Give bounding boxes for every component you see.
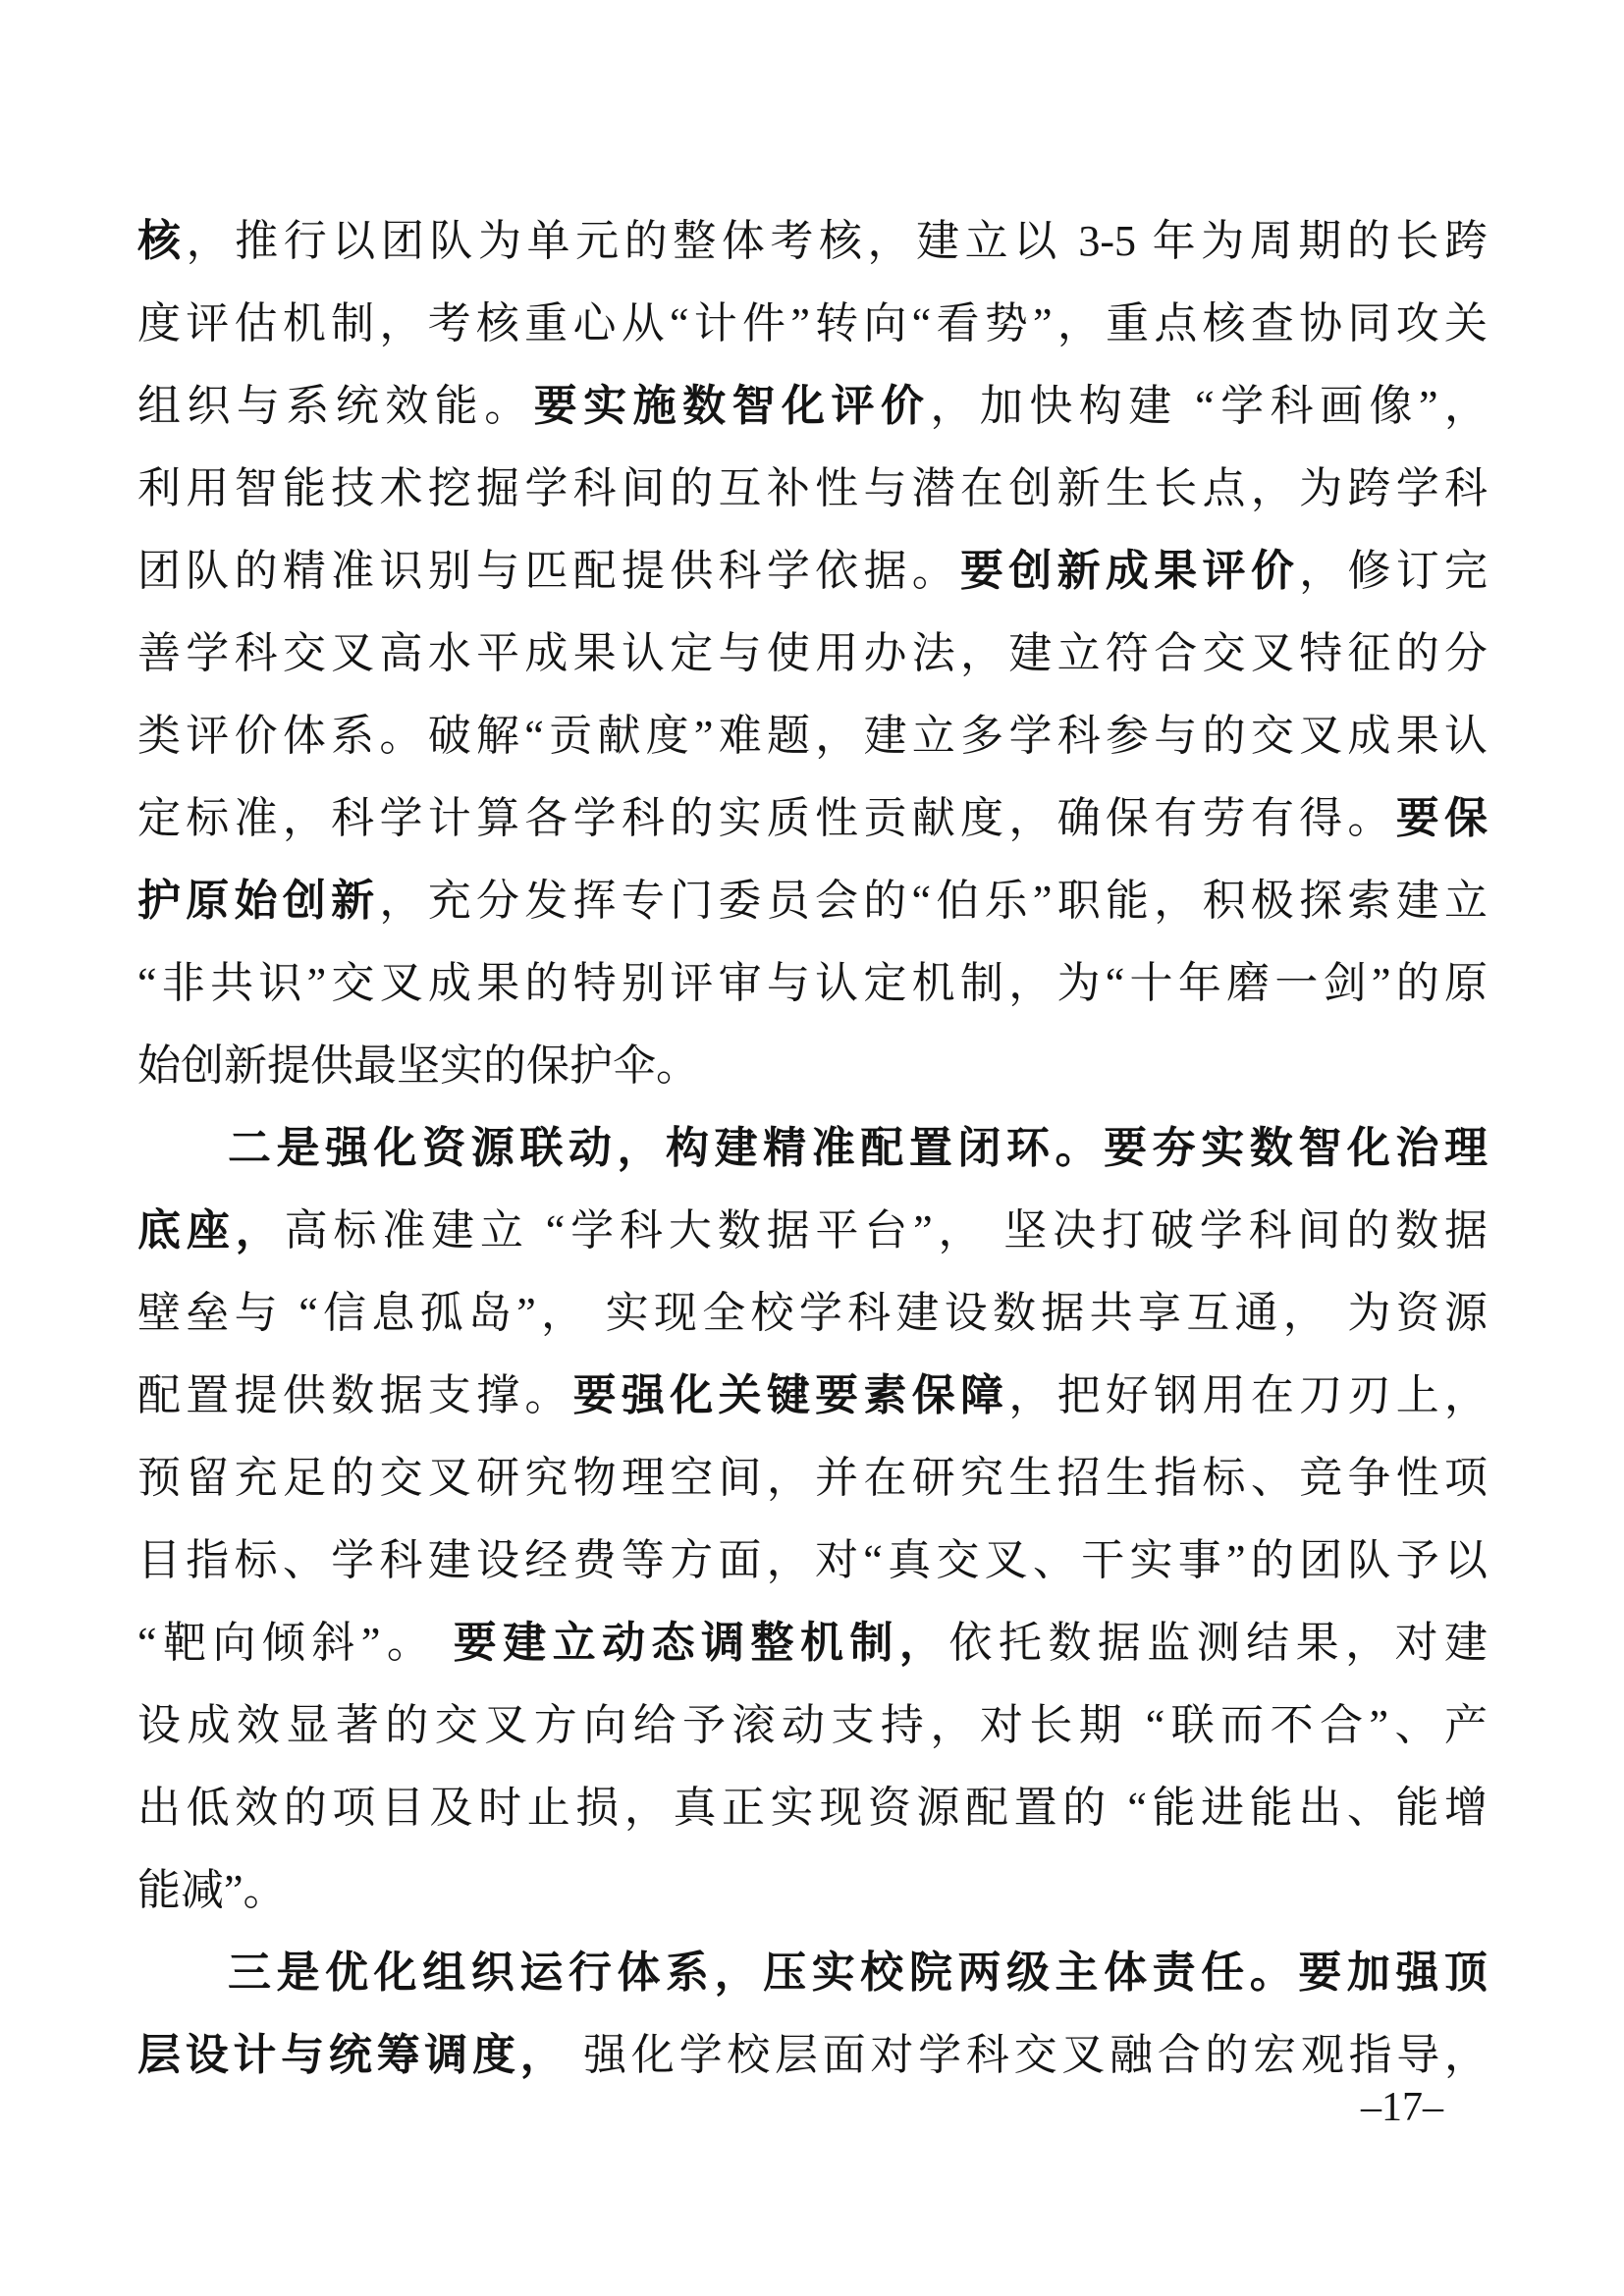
bold-text-segment: 要创新成果评价 bbox=[960, 547, 1299, 595]
text-segment: 类评价体系。破解“贡献度”难题，建立多学科参与的交叉成果认 bbox=[137, 712, 1488, 760]
bold-text-segment: 要建立动态调整机制， bbox=[454, 1619, 949, 1667]
text-segment: 壁垒与 “信息孤岛”， 实现全校学科建设数据共享互通， 为资源 bbox=[137, 1289, 1488, 1337]
text-segment: 利用智能技术挖掘学科间的互补性与潜在创新生长点，为跨学科 bbox=[137, 464, 1488, 512]
text-segment: ，加快构建 “学科画像”， bbox=[930, 382, 1488, 430]
text-line: 底座，高标准建立 “学科大数据平台”， 坚决打破学科间的数据 bbox=[137, 1190, 1488, 1272]
bold-text-segment: 护原始创新 bbox=[137, 877, 379, 925]
bold-text-segment: 三是优化组织运行体系，压实校院两级主体责任。要加强顶 bbox=[228, 1949, 1488, 1997]
paragraph-3: 三是优化组织运行体系，压实校院两级主体责任。要加强顶层设计与统筹调度， 强化学校… bbox=[137, 1932, 1488, 2097]
text-segment: ，修订完 bbox=[1299, 547, 1488, 595]
text-line: 类评价体系。破解“贡献度”难题，建立多学科参与的交叉成果认 bbox=[137, 695, 1488, 777]
text-line: 团队的精准识别与匹配提供科学依据。要创新成果评价，修订完 bbox=[137, 530, 1488, 613]
text-line: 护原始创新，充分发挥专门委员会的“伯乐”职能，积极探索建立 bbox=[137, 860, 1488, 942]
bold-text-segment: 核 bbox=[137, 217, 187, 265]
text-line: 二是强化资源联动，构建精准配置闭环。要夯实数智化治理 bbox=[137, 1107, 1488, 1190]
text-line: 组织与系统效能。要实施数智化评价，加快构建 “学科画像”， bbox=[137, 365, 1488, 448]
text-segment: 配置提供数据支撑。 bbox=[137, 1371, 573, 1419]
text-segment: ，推行以团队为单元的整体考核，建立以 3-5 年为周期的长跨 bbox=[187, 217, 1488, 265]
text-line: 善学科交叉高水平成果认定与使用办法，建立符合交叉特征的分 bbox=[137, 613, 1488, 695]
text-segment: “非共识”交叉成果的特别评审与认定机制，为“十年磨一剑”的原 bbox=[137, 959, 1488, 1007]
text-segment: 度评估机制，考核重心从“计件”转向“看势”，重点核查协同攻关 bbox=[137, 299, 1488, 347]
bold-text-segment: 底座， bbox=[137, 1206, 285, 1255]
text-line: 出低效的项目及时止损，真正实现资源配置的 “能进能出、能增 bbox=[137, 1767, 1488, 1849]
bold-text-segment: 层设计与统筹调度， bbox=[137, 2031, 568, 2079]
text-segment: 强化学校层面对学科交叉融合的宏观指导， bbox=[568, 2031, 1488, 2079]
text-block: 核，推行以团队为单元的整体考核，建立以 3-5 年为周期的长跨度评估机制，考核重… bbox=[137, 200, 1488, 2097]
text-line: 定标准，科学计算各学科的实质性贡献度，确保有劳有得。要保 bbox=[137, 777, 1488, 860]
text-line: 层设计与统筹调度， 强化学校层面对学科交叉融合的宏观指导， bbox=[137, 2014, 1488, 2097]
text-line: “靶向倾斜”。 要建立动态调整机制，依托数据监测结果，对建 bbox=[137, 1602, 1488, 1684]
text-segment: 定标准，科学计算各学科的实质性贡献度，确保有劳有得。 bbox=[137, 794, 1396, 842]
text-segment: 预留充足的交叉研究物理空间，并在研究生招生指标、竞争性项 bbox=[137, 1454, 1488, 1502]
bold-text-segment: 要保 bbox=[1396, 794, 1488, 842]
text-line: 设成效显著的交叉方向给予滚动支持，对长期 “联而不合”、产 bbox=[137, 1684, 1488, 1767]
text-line: “非共识”交叉成果的特别评审与认定机制，为“十年磨一剑”的原 bbox=[137, 942, 1488, 1025]
text-segment: 始创新提供最坚实的保护伞。 bbox=[137, 1041, 699, 1090]
document-page: 核，推行以团队为单元的整体考核，建立以 3-5 年为周期的长跨度评估机制，考核重… bbox=[0, 0, 1624, 2296]
bold-text-segment: 要实施数智化评价 bbox=[534, 382, 931, 430]
text-segment: 团队的精准识别与匹配提供科学依据。 bbox=[137, 547, 960, 595]
text-line: 利用智能技术挖掘学科间的互补性与潜在创新生长点，为跨学科 bbox=[137, 448, 1488, 530]
text-line: 目指标、学科建设经费等方面，对“真交叉、干实事”的团队予以 bbox=[137, 1520, 1488, 1602]
text-line: 配置提供数据支撑。要强化关键要素保障，把好钢用在刀刃上， bbox=[137, 1355, 1488, 1437]
text-line: 度评估机制，考核重心从“计件”转向“看势”，重点核查协同攻关 bbox=[137, 283, 1488, 365]
text-segment: 依托数据监测结果，对建 bbox=[948, 1619, 1488, 1667]
text-segment: 目指标、学科建设经费等方面，对“真交叉、干实事”的团队予以 bbox=[137, 1536, 1488, 1584]
text-segment: ，把好钢用在刀刃上， bbox=[1008, 1371, 1488, 1419]
text-segment: 组织与系统效能。 bbox=[137, 382, 534, 430]
paragraph-1: 核，推行以团队为单元的整体考核，建立以 3-5 年为周期的长跨度评估机制，考核重… bbox=[137, 200, 1488, 1107]
paragraph-2: 二是强化资源联动，构建精准配置闭环。要夯实数智化治理底座，高标准建立 “学科大数… bbox=[137, 1107, 1488, 1932]
text-segment: 设成效显著的交叉方向给予滚动支持，对长期 “联而不合”、产 bbox=[137, 1701, 1488, 1749]
text-segment: 高标准建立 “学科大数据平台”， 坚决打破学科间的数据 bbox=[285, 1206, 1488, 1255]
text-line: 预留充足的交叉研究物理空间，并在研究生招生指标、竞争性项 bbox=[137, 1437, 1488, 1520]
text-segment: ，充分发挥专门委员会的“伯乐”职能，积极探索建立 bbox=[379, 877, 1488, 925]
text-line: 能减”。 bbox=[137, 1849, 1488, 1932]
text-segment: 出低效的项目及时止损，真正实现资源配置的 “能进能出、能增 bbox=[137, 1784, 1488, 1832]
page-number: –17– bbox=[1361, 2083, 1443, 2132]
text-line: 壁垒与 “信息孤岛”， 实现全校学科建设数据共享互通， 为资源 bbox=[137, 1272, 1488, 1355]
text-line: 三是优化组织运行体系，压实校院两级主体责任。要加强顶 bbox=[137, 1932, 1488, 2014]
text-line: 始创新提供最坚实的保护伞。 bbox=[137, 1025, 1488, 1107]
text-segment: 能减”。 bbox=[137, 1866, 287, 1914]
bold-text-segment: 要强化关键要素保障 bbox=[573, 1371, 1009, 1419]
text-segment: “靶向倾斜”。 bbox=[137, 1619, 454, 1667]
text-segment: 善学科交叉高水平成果认定与使用办法，建立符合交叉特征的分 bbox=[137, 629, 1488, 677]
text-line: 核，推行以团队为单元的整体考核，建立以 3-5 年为周期的长跨 bbox=[137, 200, 1488, 283]
bold-text-segment: 二是强化资源联动，构建精准配置闭环。要夯实数智化治理 bbox=[228, 1124, 1488, 1172]
